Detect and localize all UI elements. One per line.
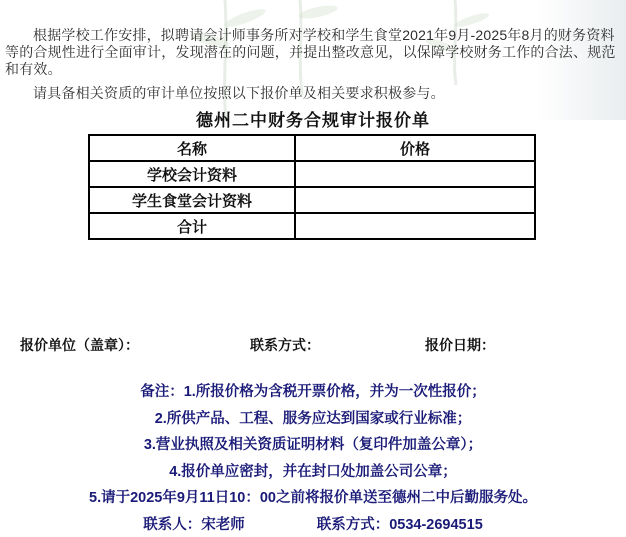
note-line-2: 2.所供产品、工程、服务应达到国家或行业标准； [0,406,626,433]
row-price [295,161,535,187]
quote-unit-label: 报价单位（盖章）： [20,335,139,355]
contact-method-label: 联系方式： [250,335,320,355]
header-name: 名称 [89,135,295,161]
notes-section: 备注：1.所报价格为含税开票价格，并为一次性报价； 2.所供产品、工程、服务应达… [0,379,626,537]
row-name: 学生食堂会计资料 [89,187,295,213]
note-line-5: 5.请于2025年9月11日10：00之前将报价单送至德州二中后勤服务处。 [0,485,626,512]
signature-line: 报价单位（盖章）： 联系方式： 报价日期： [0,335,626,353]
table-row: 学生食堂会计资料 [89,187,535,213]
table-row: 合计 [89,213,535,239]
row-name: 学校会计资料 [89,161,295,187]
quote-date-label: 报价日期： [425,335,495,355]
note-line-3: 3.营业执照及相关资质证明材料（复印件加盖公章）； [0,432,626,459]
quote-table: 名称 价格 学校会计资料 学生食堂会计资料 合计 [88,134,536,240]
table-row: 学校会计资料 [89,161,535,187]
invitation-paragraph: 请具备相关资质的审计单位按照以下报价单及相关要求积极参与。 [5,85,618,102]
contact-person: 联系人：宋老师 [143,512,245,537]
intro-paragraph: 根据学校工作安排，拟聘请会计师事务所对学校和学生食堂2021年9月-2025年8… [5,0,618,78]
table-header-row: 名称 价格 [89,135,535,161]
row-price [295,213,535,239]
row-price [295,187,535,213]
row-name: 合计 [89,213,295,239]
document-page: 根据学校工作安排，拟聘请会计师事务所对学校和学生食堂2021年9月-2025年8… [0,0,626,537]
header-price: 价格 [295,135,535,161]
contact-line: 联系人：宋老师 联系方式：0534-2694515 [0,512,626,537]
contact-phone: 联系方式：0534-2694515 [317,512,483,537]
note-line-1: 备注：1.所报价格为含税开票价格，并为一次性报价； [0,379,626,406]
note-line-4: 4.报价单应密封，并在封口处加盖公司公章； [0,459,626,486]
quote-form-title: 德州二中财务合规审计报价单 [0,106,626,131]
